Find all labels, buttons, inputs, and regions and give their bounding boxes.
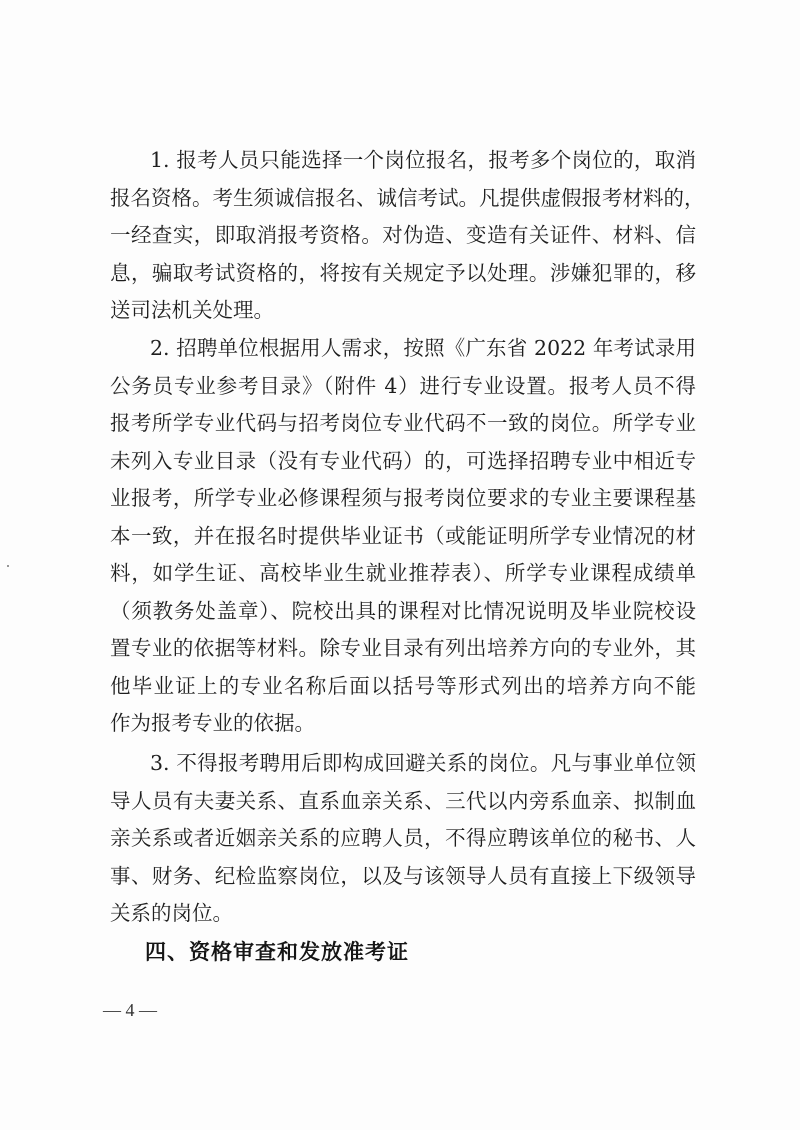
paragraph-3-line-2: 导人员有夫妻关系、直系血亲关系、三代以内旁系血亲、拟制血 xyxy=(110,786,696,816)
section-heading: 四、资格审查和发放准考证 xyxy=(145,937,409,967)
paragraph-2-line-6: 本一致，并在报名时提供毕业证书（或能证明所学专业情况的材 xyxy=(110,521,696,551)
paragraph-2-line-10: 他毕业证上的专业名称后面以括号等形式列出的培养方向不能 xyxy=(110,671,696,701)
paragraph-1-line-5: 送司法机关处理。 xyxy=(110,295,696,325)
paragraph-3-line-5: 关系的岗位。 xyxy=(110,898,696,928)
paragraph-1-line-4: 息，骗取考试资格的，将按有关规定予以处理。涉嫌犯罪的，移 xyxy=(110,258,696,288)
paragraph-2-line-1: 2. 招聘单位根据用人需求，按照《广东省 2022 年考试录用 xyxy=(150,333,696,363)
paragraph-3-line-3: 亲关系或者近姻亲关系的应聘人员，不得应聘该单位的秘书、人 xyxy=(110,823,696,853)
paragraph-1-line-1: 1. 报考人员只能选择一个岗位报名，报考多个岗位的，取消 xyxy=(150,145,696,175)
paragraph-2-line-8: （须教务处盖章）、院校出具的课程对比情况说明及毕业院校设 xyxy=(110,596,696,626)
scan-artifact-dot xyxy=(7,565,9,567)
paragraph-3-line-4: 事、财务、纪检监察岗位，以及与该领导人员有直接上下级领导 xyxy=(110,861,696,891)
paragraph-3-line-1: 3. 不得报考聘用后即构成回避关系的岗位。凡与事业单位领 xyxy=(150,748,696,778)
paragraph-1-line-2: 报名资格。考生须诚信报名、诚信考试。凡提供虚假报考材料的， xyxy=(110,183,696,213)
document-page: 1. 报考人员只能选择一个岗位报名，报考多个岗位的，取消 报名资格。考生须诚信报… xyxy=(0,0,800,1130)
paragraph-2-line-2: 公务员专业参考目录》（附件 4）进行专业设置。报考人员不得 xyxy=(110,371,696,401)
page-number: — 4 — xyxy=(103,998,157,1022)
paragraph-2-line-7: 料，如学生证、高校毕业生就业推荐表）、所学专业课程成绩单 xyxy=(110,558,696,588)
paragraph-2-line-5: 业报考，所学专业必修课程须与报考岗位要求的专业主要课程基 xyxy=(110,483,696,513)
paragraph-2-line-9: 置专业的依据等材料。除专业目录有列出培养方向的专业外，其 xyxy=(110,633,696,663)
paragraph-2-line-4: 未列入专业目录（没有专业代码）的，可选择招聘专业中相近专 xyxy=(110,446,696,476)
paragraph-1-line-3: 一经查实，即取消报考资格。对伪造、变造有关证件、材料、信 xyxy=(110,220,696,250)
paragraph-2-line-11: 作为报考专业的依据。 xyxy=(110,708,696,738)
paragraph-2-line-3: 报考所学专业代码与招考岗位专业代码不一致的岗位。所学专业 xyxy=(110,408,696,438)
